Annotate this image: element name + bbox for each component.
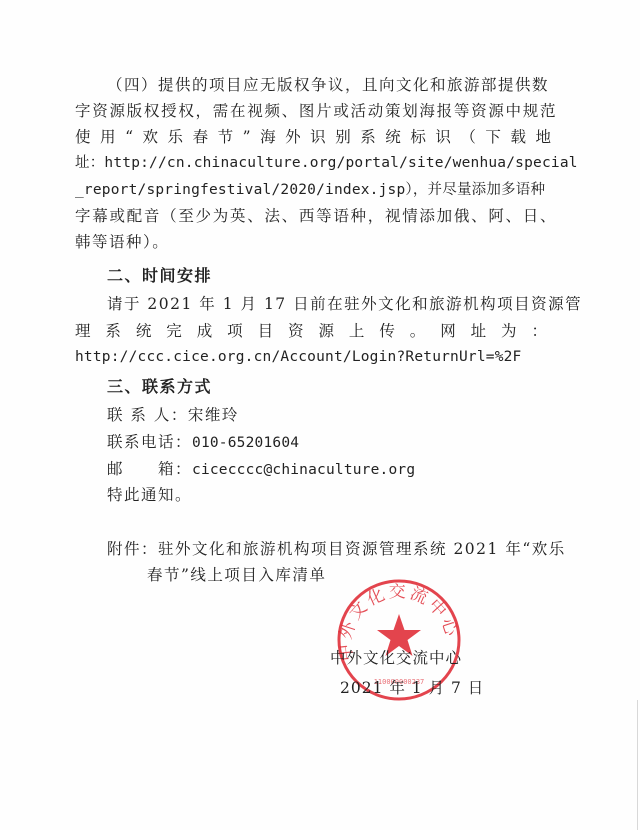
section-contact-heading: 三、联系方式 — [107, 377, 589, 397]
attachment-row: 附件：驻外文化和旅游机构项目资源管理系统 2021 年“欢乐 — [107, 539, 557, 559]
section4-line-7: 韩等语种）。 — [75, 232, 557, 252]
section4-line-3: 使用“欢乐春节”海外识别系统标识（下载地 — [75, 127, 557, 147]
section4-line-1: （四）提供的项目应无版权争议，且向文化和旅游部提供数 — [107, 75, 557, 95]
closing-text: 特此通知。 — [107, 485, 192, 505]
contact-phone-label: 联系电话： — [107, 433, 192, 451]
attachment-title-line2: 春节”线上项目入库清单 — [147, 565, 326, 585]
section-time-url: http://ccc.cice.org.cn/Account/Login?Ret… — [75, 347, 557, 367]
contact-person-row: 联 系 人：宋维玲 — [107, 405, 239, 425]
section-time-line-1: 请于 2021 年 1 月 17 日前在驻外文化和旅游机构项目资源管 — [107, 294, 557, 314]
contact-email-value: cicecccc@chinaculture.org — [192, 462, 415, 478]
contact-email-label: 邮 箱： — [107, 460, 192, 478]
contact-person-name: 宋维玲 — [188, 406, 239, 424]
section4-line-2: 字资源版权授权，需在视频、图片或活动策划海报等资源中规范 — [75, 101, 557, 121]
section4-line-4-url: 址：http://cn.chinaculture.org/portal/site… — [75, 153, 557, 173]
contact-phone-value: 010-65201604 — [192, 435, 299, 451]
section-time-line-2: 理系统完成项目资源上传。网址为： — [75, 321, 557, 341]
section4-line-5-url: _report/springfestival/2020/index.jsp），并… — [75, 180, 557, 200]
signature-organization: 中外文化交流中心 — [330, 646, 462, 668]
page-edge — [637, 700, 638, 830]
attachment-label: 附件： — [107, 540, 158, 558]
section4-line-6: 字幕或配音（至少为英、法、西等语种，视情添加俄、阿、日、 — [75, 206, 557, 226]
section-time-heading: 二、时间安排 — [107, 266, 589, 286]
signature-date: 2021 年 1 月 7 日 — [340, 676, 484, 698]
contact-phone-row: 联系电话：010-65201604 — [107, 432, 299, 453]
contact-person-label: 联 系 人： — [107, 406, 188, 424]
document-page: （四）提供的项目应无版权争议，且向文化和旅游部提供数 字资源版权授权，需在视频、… — [0, 0, 640, 830]
attachment-title-line1: 驻外文化和旅游机构项目资源管理系统 2021 年“欢乐 — [158, 540, 566, 558]
contact-email-row: 邮 箱：cicecccc@chinaculture.org — [107, 459, 415, 480]
